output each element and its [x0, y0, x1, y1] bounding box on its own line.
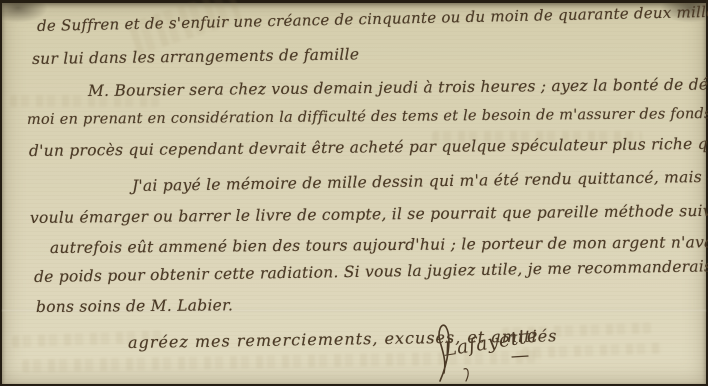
manuscript-line: bons soins de M. Labier. [36, 296, 233, 316]
manuscript-line: sur lui dans les arrangements de famille [32, 45, 359, 68]
manuscript-line: de poids pour obtenir cette radiation. S… [34, 257, 708, 286]
signature: Lafayette [426, 323, 556, 385]
manuscript-line: d'un procès qui cependant devrait être a… [29, 134, 708, 160]
manuscript-line: autrefois eût ammené bien des tours aujo… [50, 232, 708, 257]
manuscript-line: de Suffren et de s'enfuir une créance de… [37, 2, 708, 35]
manuscript-line: J'ai payé le mémoire de mille dessin qui… [132, 167, 708, 195]
manuscript-line: M. Boursier sera chez vous demain jeudi … [88, 75, 708, 100]
manuscript-line: moi en prenant en considération la diffi… [27, 106, 708, 128]
manuscript-paper: de Suffren et de s'enfuir une créance de… [2, 3, 706, 384]
manuscript-line: voulu émarger ou barrer le livre de comp… [30, 202, 708, 227]
scanned-letter-image: de Suffren et de s'enfuir une créance de… [0, 0, 708, 386]
